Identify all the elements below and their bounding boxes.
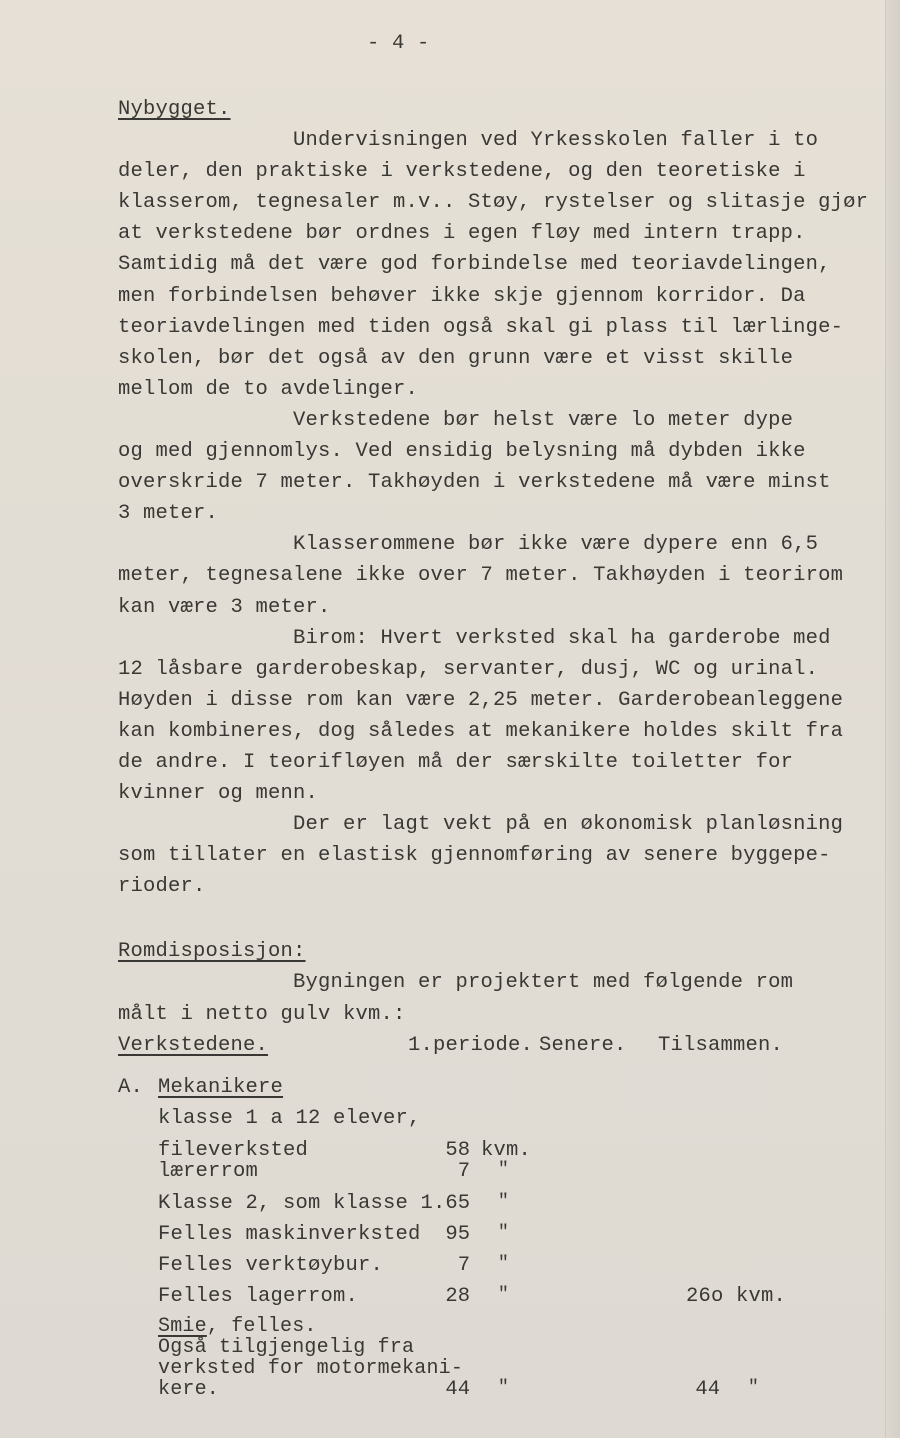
intro-line-1: Bygningen er projektert med følgende rom <box>293 971 793 995</box>
smie-total-unit: " <box>748 1376 759 1400</box>
body-line: Birom: Hvert verksted skal ha garderobe … <box>293 627 831 651</box>
table-row-label: Felles lagerrom. <box>158 1285 358 1309</box>
body-line: Undervisningen ved Yrkesskolen faller i … <box>293 129 818 153</box>
table-row-unit: " <box>498 1221 509 1245</box>
smie-total: 44 <box>695 1378 720 1402</box>
table-row-total: 26o kvm. <box>686 1285 786 1309</box>
smie-line-1: Også tilgjengelig fra <box>158 1337 414 1359</box>
body-line: Samtidig må det være god forbindelse med… <box>118 253 831 277</box>
page-edge <box>885 0 900 1438</box>
table-row-unit: " <box>498 1283 509 1307</box>
smie-title-rest: , felles. <box>207 1315 317 1338</box>
body-line: 3 meter. <box>118 502 218 526</box>
body-line: mellom de to avdelinger. <box>118 378 418 402</box>
body-line: rioder. <box>118 875 206 899</box>
body-line: meter, tegnesalene ikke over 7 meter. Ta… <box>118 564 843 588</box>
body-line: men forbindelsen behøver ikke skje gjenn… <box>118 285 806 309</box>
body-line: som tillater en elastisk gjennomføring a… <box>118 844 831 868</box>
table-row-period1: 65 <box>445 1192 470 1216</box>
column-header-later: Senere. <box>539 1034 627 1058</box>
column-header-total: Tilsammen. <box>658 1034 783 1058</box>
body-line: skolen, bør det også av den grunn være e… <box>118 347 793 371</box>
body-line: teoriavdelingen med tiden også skal gi p… <box>118 316 843 340</box>
smie-period1: 44 <box>445 1378 470 1402</box>
body-line: Klasserommene bør ikke være dypere enn 6… <box>293 533 818 557</box>
body-line: kvinner og menn. <box>118 782 318 806</box>
body-line: Verkstedene bør helst være lo meter dype <box>293 409 793 433</box>
table-row-period1: 7 <box>458 1254 470 1278</box>
smie-title: Smie <box>158 1315 207 1338</box>
body-line: de andre. I teorifløyen må der særskilte… <box>118 751 793 775</box>
smie-unit: " <box>498 1376 509 1400</box>
body-line: kan være 3 meter. <box>118 596 331 620</box>
table-row-unit: " <box>498 1158 509 1182</box>
body-line: 12 låsbare garderobeskap, servanter, dus… <box>118 658 818 682</box>
table-row-label: lærerrom <box>158 1160 258 1184</box>
table-row-period1: 95 <box>445 1223 470 1247</box>
smie-line-2: verksted for motormekani- <box>158 1358 463 1380</box>
section-heading-romdisposisjon: Romdisposisjon: <box>118 940 306 964</box>
group-label: A. <box>118 1076 143 1100</box>
group-name: Mekanikere <box>158 1076 283 1100</box>
table-row-period1: 7 <box>458 1160 470 1184</box>
table-row-label: Felles maskinverksted <box>158 1223 421 1247</box>
body-line: og med gjennomlys. Ved ensidig belysning… <box>118 440 806 464</box>
table-row-unit: " <box>498 1190 509 1214</box>
table-row-label: Klasse 2, som klasse 1. <box>158 1192 446 1216</box>
body-line: at verkstedene bør ordnes i egen fløy me… <box>118 222 806 246</box>
section-heading-nybygget: Nybygget. <box>118 98 231 122</box>
table-heading: Verkstedene. <box>118 1034 268 1058</box>
page-number: - 4 - <box>367 32 430 56</box>
group-subheading: klasse 1 a 12 elever, <box>158 1107 421 1131</box>
document-page: - 4 - Nybygget. Undervisningen ved Yrkes… <box>0 0 900 1438</box>
table-row-unit: " <box>498 1252 509 1276</box>
body-line: overskride 7 meter. Takhøyden i verksted… <box>118 471 831 495</box>
body-line: klasserom, tegnesaler m.v.. Støy, rystel… <box>118 191 868 215</box>
smie-title-row: Smie, felles. <box>158 1316 317 1338</box>
body-line: kan kombineres, dog således at mekaniker… <box>118 720 843 744</box>
table-row-label: Felles verktøybur. <box>158 1254 383 1278</box>
body-line: Der er lagt vekt på en økonomisk planløs… <box>293 813 843 837</box>
body-line: deler, den praktiske i verkstedene, og d… <box>118 160 806 184</box>
smie-line-3: kere. <box>158 1379 219 1401</box>
column-header-period1: 1.periode. <box>408 1034 533 1058</box>
table-row-period1: 28 <box>445 1285 470 1309</box>
intro-line-2: målt i netto gulv kvm.: <box>118 1003 406 1027</box>
body-line: Høyden i disse rom kan være 2,25 meter. … <box>118 689 843 713</box>
